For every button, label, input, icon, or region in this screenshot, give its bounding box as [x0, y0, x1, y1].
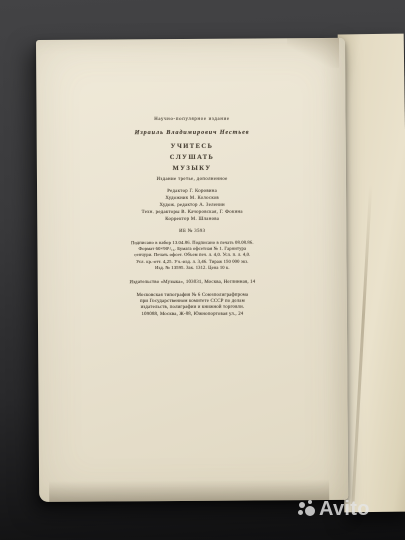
edition-note: Издание третье, дополненное — [60, 177, 324, 183]
page-bottom-shadow — [49, 474, 329, 502]
avito-wordmark: Avito — [319, 499, 370, 519]
avito-logo-icon — [298, 499, 316, 519]
imprint-text-column: Научно-популярное издание Израиль Владим… — [59, 117, 324, 319]
book-title: УЧИТЕСЬСЛУШАТЬМУЗЫКУ — [60, 141, 324, 175]
book-title-line: МУЗЫКУ — [60, 163, 324, 175]
credit-line: Корректор М. Шланова — [60, 216, 324, 224]
page-corner-crease — [287, 38, 339, 68]
book-title-line: СЛУШАТЬ — [60, 152, 324, 164]
ib-number: ИБ № 3593 — [60, 229, 324, 235]
listing-photo: Научно-популярное издание Израиль Владим… — [0, 0, 405, 540]
author-name: Израиль Владимирович Нестьев — [60, 129, 324, 137]
book-imprint-page: Научно-популярное издание Израиль Владим… — [36, 38, 348, 502]
edition-type-line: Научно-популярное издание — [59, 117, 323, 123]
publisher-line: Издательство «Музыка», 103031, Москва, Н… — [60, 280, 324, 286]
page-crease — [351, 184, 372, 514]
print-data-line: Изд. № 13595. Зак. 1312. Цена 10 к. — [60, 264, 324, 271]
printer-line: 109088, Москва, Ж-88, Южнопортовая ул., … — [60, 311, 324, 318]
avito-watermark: Avito — [298, 499, 370, 519]
book-title-line: УЧИТЕСЬ — [60, 141, 324, 153]
printer-block: Московская типография № 6 Союзполиграфпр… — [60, 293, 324, 319]
credits-block: Редактор Г. КоровинаХудожник М. Колосков… — [60, 188, 324, 224]
print-data-block: Подписано в набор 13.04.86. Подписано в … — [60, 240, 324, 272]
